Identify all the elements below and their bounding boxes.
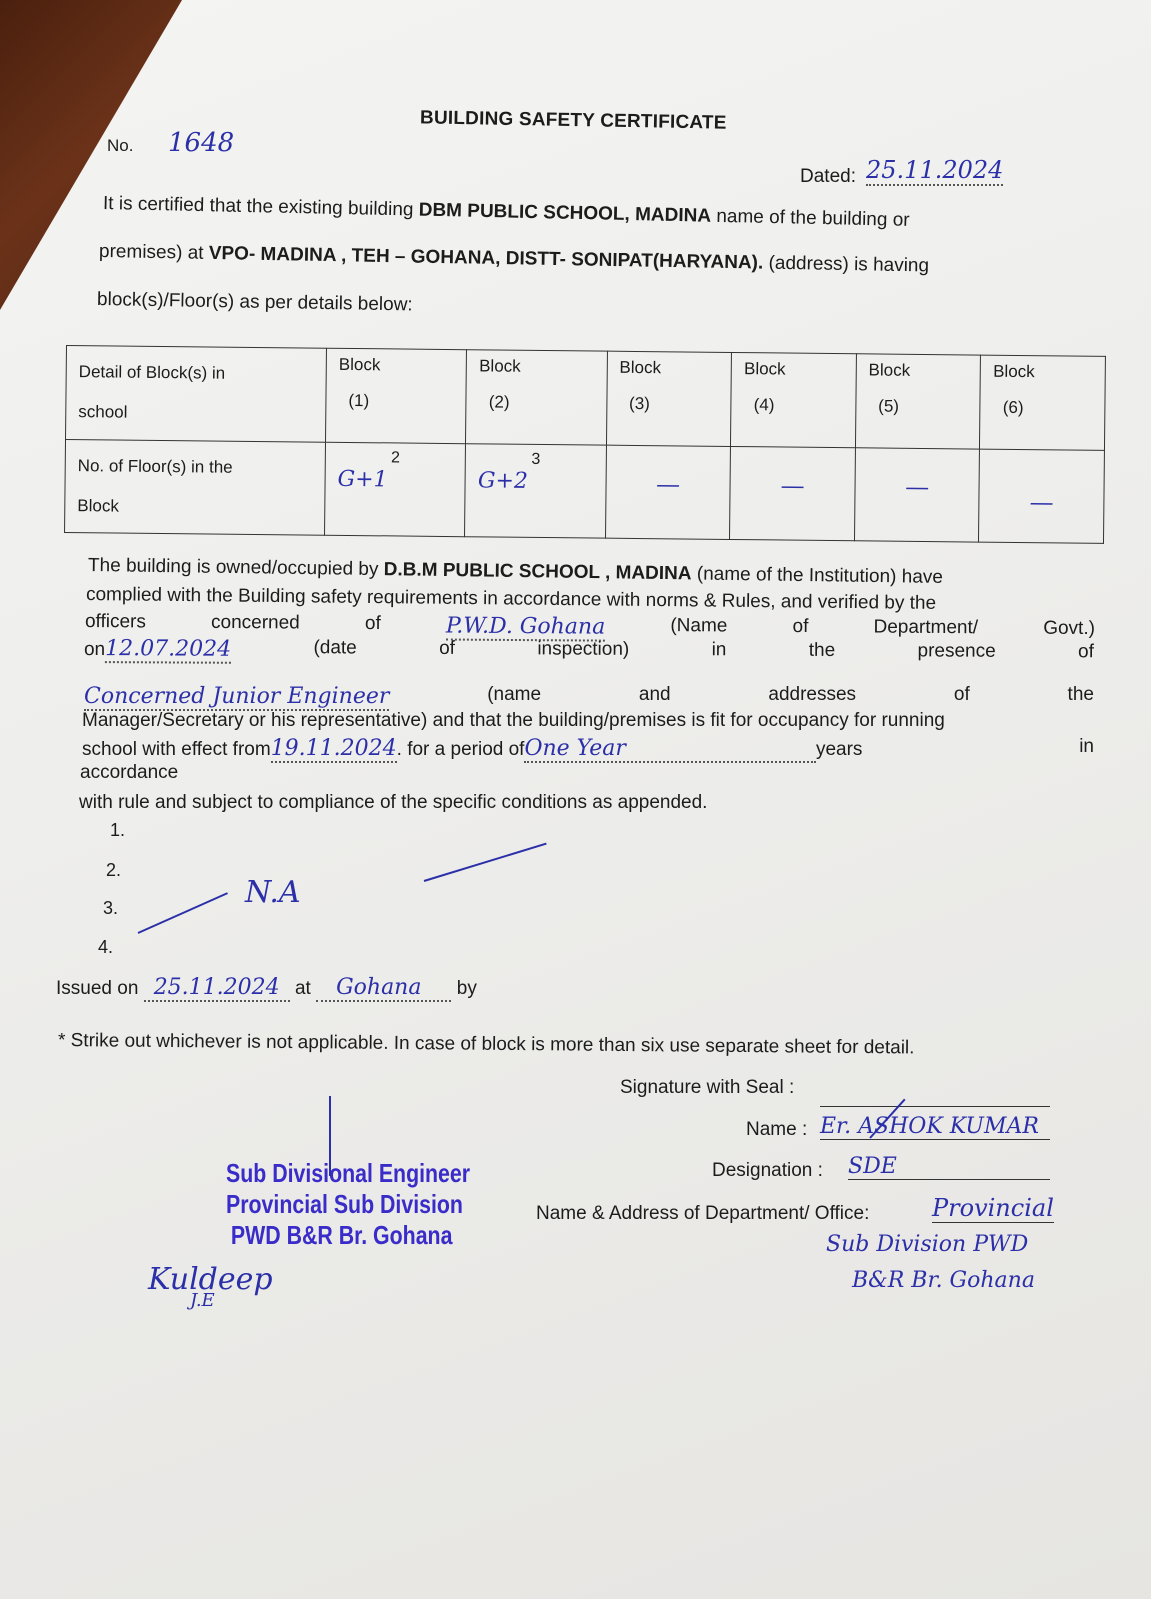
block-number: (6) — [993, 398, 1093, 419]
block-label: Block — [868, 360, 968, 381]
block-header-cell: Block(6) — [980, 355, 1106, 450]
body-text: in — [712, 639, 727, 664]
floors-cell: — — [605, 445, 731, 540]
condition-item: 1. — [110, 820, 125, 841]
row-label-block-detail: Detail of Block(s) in school — [66, 346, 327, 442]
body-text: addresses — [768, 684, 856, 711]
body-line-5: Concerned Junior Engineer (name and addr… — [84, 684, 1094, 711]
condition-item: 3. — [103, 898, 118, 919]
block-label: Block — [993, 362, 1093, 383]
certificate-number-label: No. — [107, 136, 133, 156]
body-line-8: accordance — [80, 762, 178, 784]
floors-printed: 2 — [338, 448, 454, 467]
block-number: (2) — [479, 392, 595, 413]
period-handwritten: One Year — [524, 736, 815, 763]
body-text: . for a period of — [397, 739, 525, 760]
address-value-line: Provincial — [932, 1194, 1054, 1223]
dated-value: 25.11.2024 — [866, 156, 1003, 186]
inspection-date-group: on12.07.2024 — [84, 636, 231, 662]
body-text: of — [439, 638, 455, 663]
intro-text: It is certified that the existing buildi… — [103, 193, 419, 221]
floors-handwritten: G+2 — [478, 468, 594, 494]
block-details-table: Detail of Block(s) in school Block(1) Bl… — [64, 345, 1106, 544]
condition-item: 4. — [98, 937, 113, 958]
intro-text: premises) at — [99, 241, 209, 264]
name-label: Name : — [746, 1119, 807, 1141]
name-value: Er. ASHOK KUMAR — [820, 1114, 1050, 1140]
block-number: (3) — [619, 394, 719, 415]
body-line-7: school with effect from19.11.2024. for a… — [82, 736, 1094, 761]
block-label: Block — [744, 359, 844, 380]
floors-handwritten: — — [992, 487, 1092, 516]
row-label-text: school — [78, 402, 127, 422]
block-number: (5) — [868, 396, 968, 417]
conditions-na-handwritten: N.A — [245, 875, 301, 910]
block-header-cell: Block(4) — [731, 352, 857, 447]
body-text: concerned — [211, 612, 300, 640]
signature-line — [820, 1106, 1050, 1107]
block-header-cell: Block(5) — [855, 354, 981, 449]
stamp-line: PWD B&R Br. Gohana — [226, 1220, 470, 1251]
floors-handwritten: — — [743, 471, 843, 500]
intro-text: (address) is having — [763, 253, 929, 277]
block-header-cell: Block(3) — [606, 351, 732, 446]
inspection-date: 12.07.2024 — [105, 636, 231, 664]
intro-line-3: block(s)/Floor(s) as per details below: — [97, 279, 413, 327]
signature-label: Signature with Seal : — [620, 1077, 794, 1099]
issued-date: 25.11.2024 — [144, 975, 290, 1002]
strike-line — [424, 843, 547, 882]
condition-item: 2. — [106, 860, 121, 881]
presence-handwritten: Concerned Junior Engineer — [84, 684, 389, 711]
issued-at-label: at — [295, 978, 311, 999]
certificate-paper: BUILDING SAFETY CERTIFICATE No. 1648 Dat… — [0, 0, 1151, 1599]
official-stamp: Sub Divisional Engineer Provincial Sub D… — [226, 1158, 470, 1251]
block-label: Block — [479, 356, 595, 377]
body-text: officers — [85, 611, 146, 638]
body-line-9: with rule and subject to compliance of t… — [79, 792, 707, 814]
row-label-text: Detail of Block(s) in — [79, 362, 226, 383]
body-line-2: complied with the Building safety requir… — [86, 584, 936, 615]
address-value-line: B&R Br. Gohana — [852, 1268, 1035, 1293]
certificate-number-value: 1648 — [168, 128, 234, 158]
row-label-text: No. of Floor(s) in the — [78, 456, 233, 477]
body-text: of — [365, 613, 381, 640]
floors-handwritten: — — [618, 469, 718, 498]
block-header-cell: Block(1) — [326, 348, 467, 443]
issued-place: Gohana — [316, 975, 451, 1002]
stamp-line: Sub Divisional Engineer — [226, 1158, 470, 1189]
body-text: (date — [313, 637, 356, 662]
body-text: of — [1078, 641, 1094, 666]
floors-cell: — — [979, 449, 1105, 544]
body-line-6: Manager/Secretary or his representative)… — [82, 710, 945, 732]
initials-role: J.E — [190, 1290, 215, 1311]
body-text: and — [639, 684, 671, 711]
body-text: years — [816, 739, 862, 760]
block-label: Block — [619, 358, 719, 379]
block-label: Block — [339, 355, 455, 376]
body-text: presence — [917, 640, 995, 665]
body-text: of — [954, 684, 970, 711]
dated-label: Dated: — [800, 166, 856, 188]
body-text: school with effect from — [82, 739, 271, 760]
body-line-1: The building is owned/occupied by D.B.M … — [88, 555, 943, 589]
effective-date: 19.11.2024 — [271, 736, 397, 763]
block-header-row: Detail of Block(s) in school Block(1) Bl… — [66, 346, 1106, 450]
building-name: DBM PUBLIC SCHOOL, MADINA — [419, 200, 712, 227]
stamp-signature-stroke — [329, 1096, 331, 1176]
body-text: the — [1068, 684, 1094, 711]
floors-cell: 2G+1 — [325, 442, 466, 537]
floors-cell: — — [854, 447, 980, 542]
address-value-line: Sub Division PWD — [826, 1232, 1028, 1257]
designation-value: SDE — [848, 1154, 1050, 1180]
body-text: (name — [487, 684, 541, 711]
issued-line: Issued on 25.11.2024 at Gohana by — [56, 975, 477, 1000]
body-text: The building is owned/occupied by — [88, 555, 384, 580]
floors-cell: 3G+2 — [465, 443, 606, 538]
intro-text: name of the building or — [711, 206, 910, 231]
floors-handwritten: — — [867, 472, 967, 501]
row-label-floors: No. of Floor(s) in the Block — [65, 439, 326, 535]
block-number: (4) — [744, 395, 844, 416]
building-address: VPO- MADINA , TEH – GOHANA, DISTT- SONIP… — [209, 243, 764, 274]
issued-by-label: by — [457, 978, 477, 999]
body-text: in — [1079, 736, 1094, 761]
body-text: on — [84, 639, 105, 660]
block-header-cell: Block(2) — [466, 350, 607, 445]
designation-label: Designation : — [712, 1160, 823, 1182]
certificate-title: BUILDING SAFETY CERTIFICATE — [420, 107, 727, 134]
address-label: Name & Address of Department/ Office: — [536, 1203, 869, 1225]
floors-cell: — — [730, 446, 856, 541]
footnote: * Strike out whichever is not applicable… — [58, 1030, 915, 1059]
body-text: inspection) — [537, 638, 629, 663]
body-text: the — [809, 640, 836, 665]
institution-name: D.B.M PUBLIC SCHOOL , MADINA — [384, 559, 692, 584]
stamp-line: Provincial Sub Division — [226, 1189, 470, 1220]
floors-row: No. of Floor(s) in the Block 2G+1 3G+2 —… — [65, 439, 1105, 543]
floors-handwritten: G+1 — [337, 466, 453, 492]
body-line-4: on12.07.2024 (date of inspection) in the… — [84, 636, 1094, 666]
body-text: (name of the Institution) have — [691, 563, 943, 588]
block-number: (1) — [338, 391, 454, 412]
strike-line — [138, 892, 228, 934]
issued-label: Issued on — [56, 978, 138, 999]
effective-group: school with effect from19.11.2024. for a… — [82, 736, 862, 761]
floors-printed: 3 — [478, 450, 594, 469]
row-label-text: Block — [77, 496, 119, 515]
